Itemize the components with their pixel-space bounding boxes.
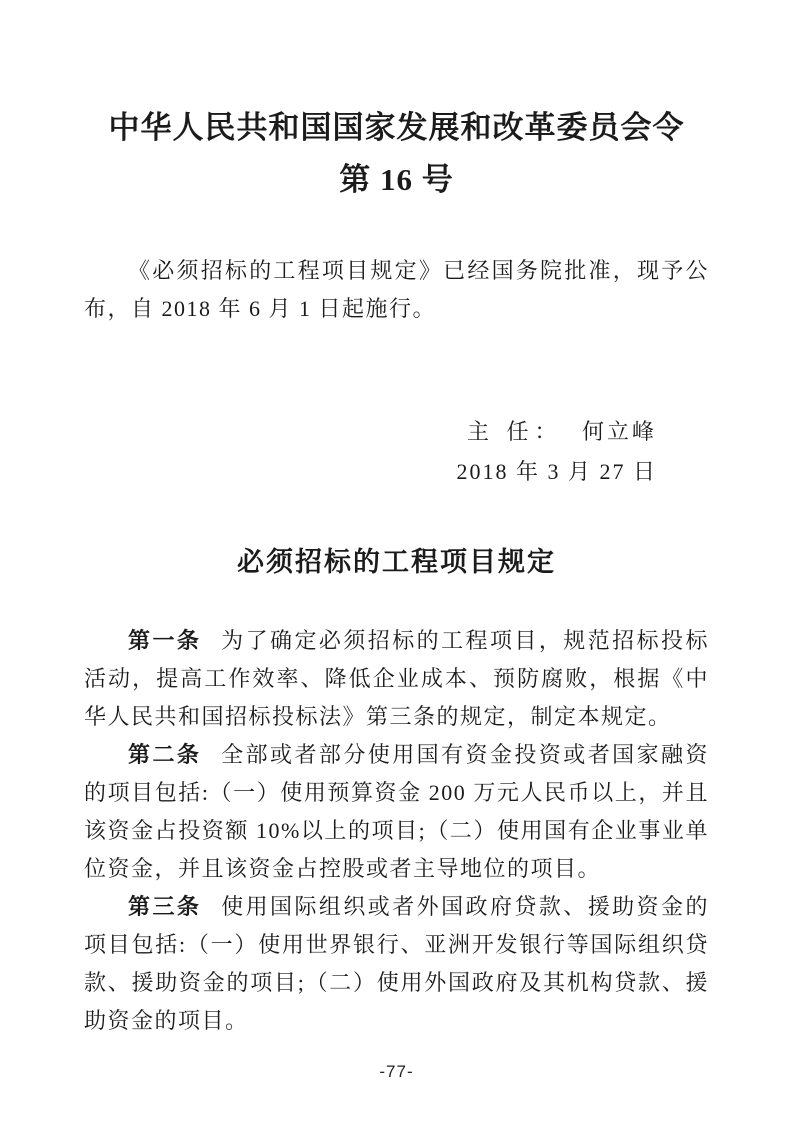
- signer-role: 主 任：: [467, 419, 563, 444]
- article-1-label: 第一条: [128, 628, 201, 653]
- document-page: 中华人民共和国国家发展和改革委员会令 第 16 号 《必须招标的工程项目规定》已…: [0, 0, 793, 1122]
- signature-date: 2018 年 3 月 27 日: [84, 452, 657, 492]
- article-1: 第一条为了确定必须招标的工程项目，规范招标投标活动，提高工作效率、降低企业成本、…: [84, 622, 709, 736]
- article-3: 第三条使用国际组织或者外国政府贷款、援助资金的项目包括:（一）使用世界银行、亚洲…: [84, 888, 709, 1040]
- document-title: 中华人民共和国国家发展和改革委员会令 第 16 号: [84, 102, 709, 206]
- signature-line: 主 任： 何立峰: [84, 412, 657, 452]
- article-3-label: 第三条: [128, 894, 201, 919]
- page-number: -77-: [0, 1062, 793, 1082]
- regulation-title: 必须招标的工程项目规定: [84, 546, 709, 578]
- article-2: 第二条全部或者部分使用国有资金投资或者国家融资的项目包括:（一）使用预算资金 2…: [84, 736, 709, 888]
- regulation-body: 第一条为了确定必须招标的工程项目，规范招标投标活动，提高工作效率、降低企业成本、…: [84, 622, 709, 1040]
- signature-block: 主 任： 何立峰 2018 年 3 月 27 日: [84, 412, 709, 492]
- announcement-paragraph: 《必须招标的工程项目规定》已经国务院批准，现予公布，自 2018 年 6 月 1…: [84, 252, 709, 328]
- article-2-label: 第二条: [128, 742, 201, 767]
- signer-name: 何立峰: [582, 419, 657, 444]
- document-title-line1: 中华人民共和国国家发展和改革委员会令: [84, 102, 709, 154]
- document-title-line2: 第 16 号: [84, 154, 709, 206]
